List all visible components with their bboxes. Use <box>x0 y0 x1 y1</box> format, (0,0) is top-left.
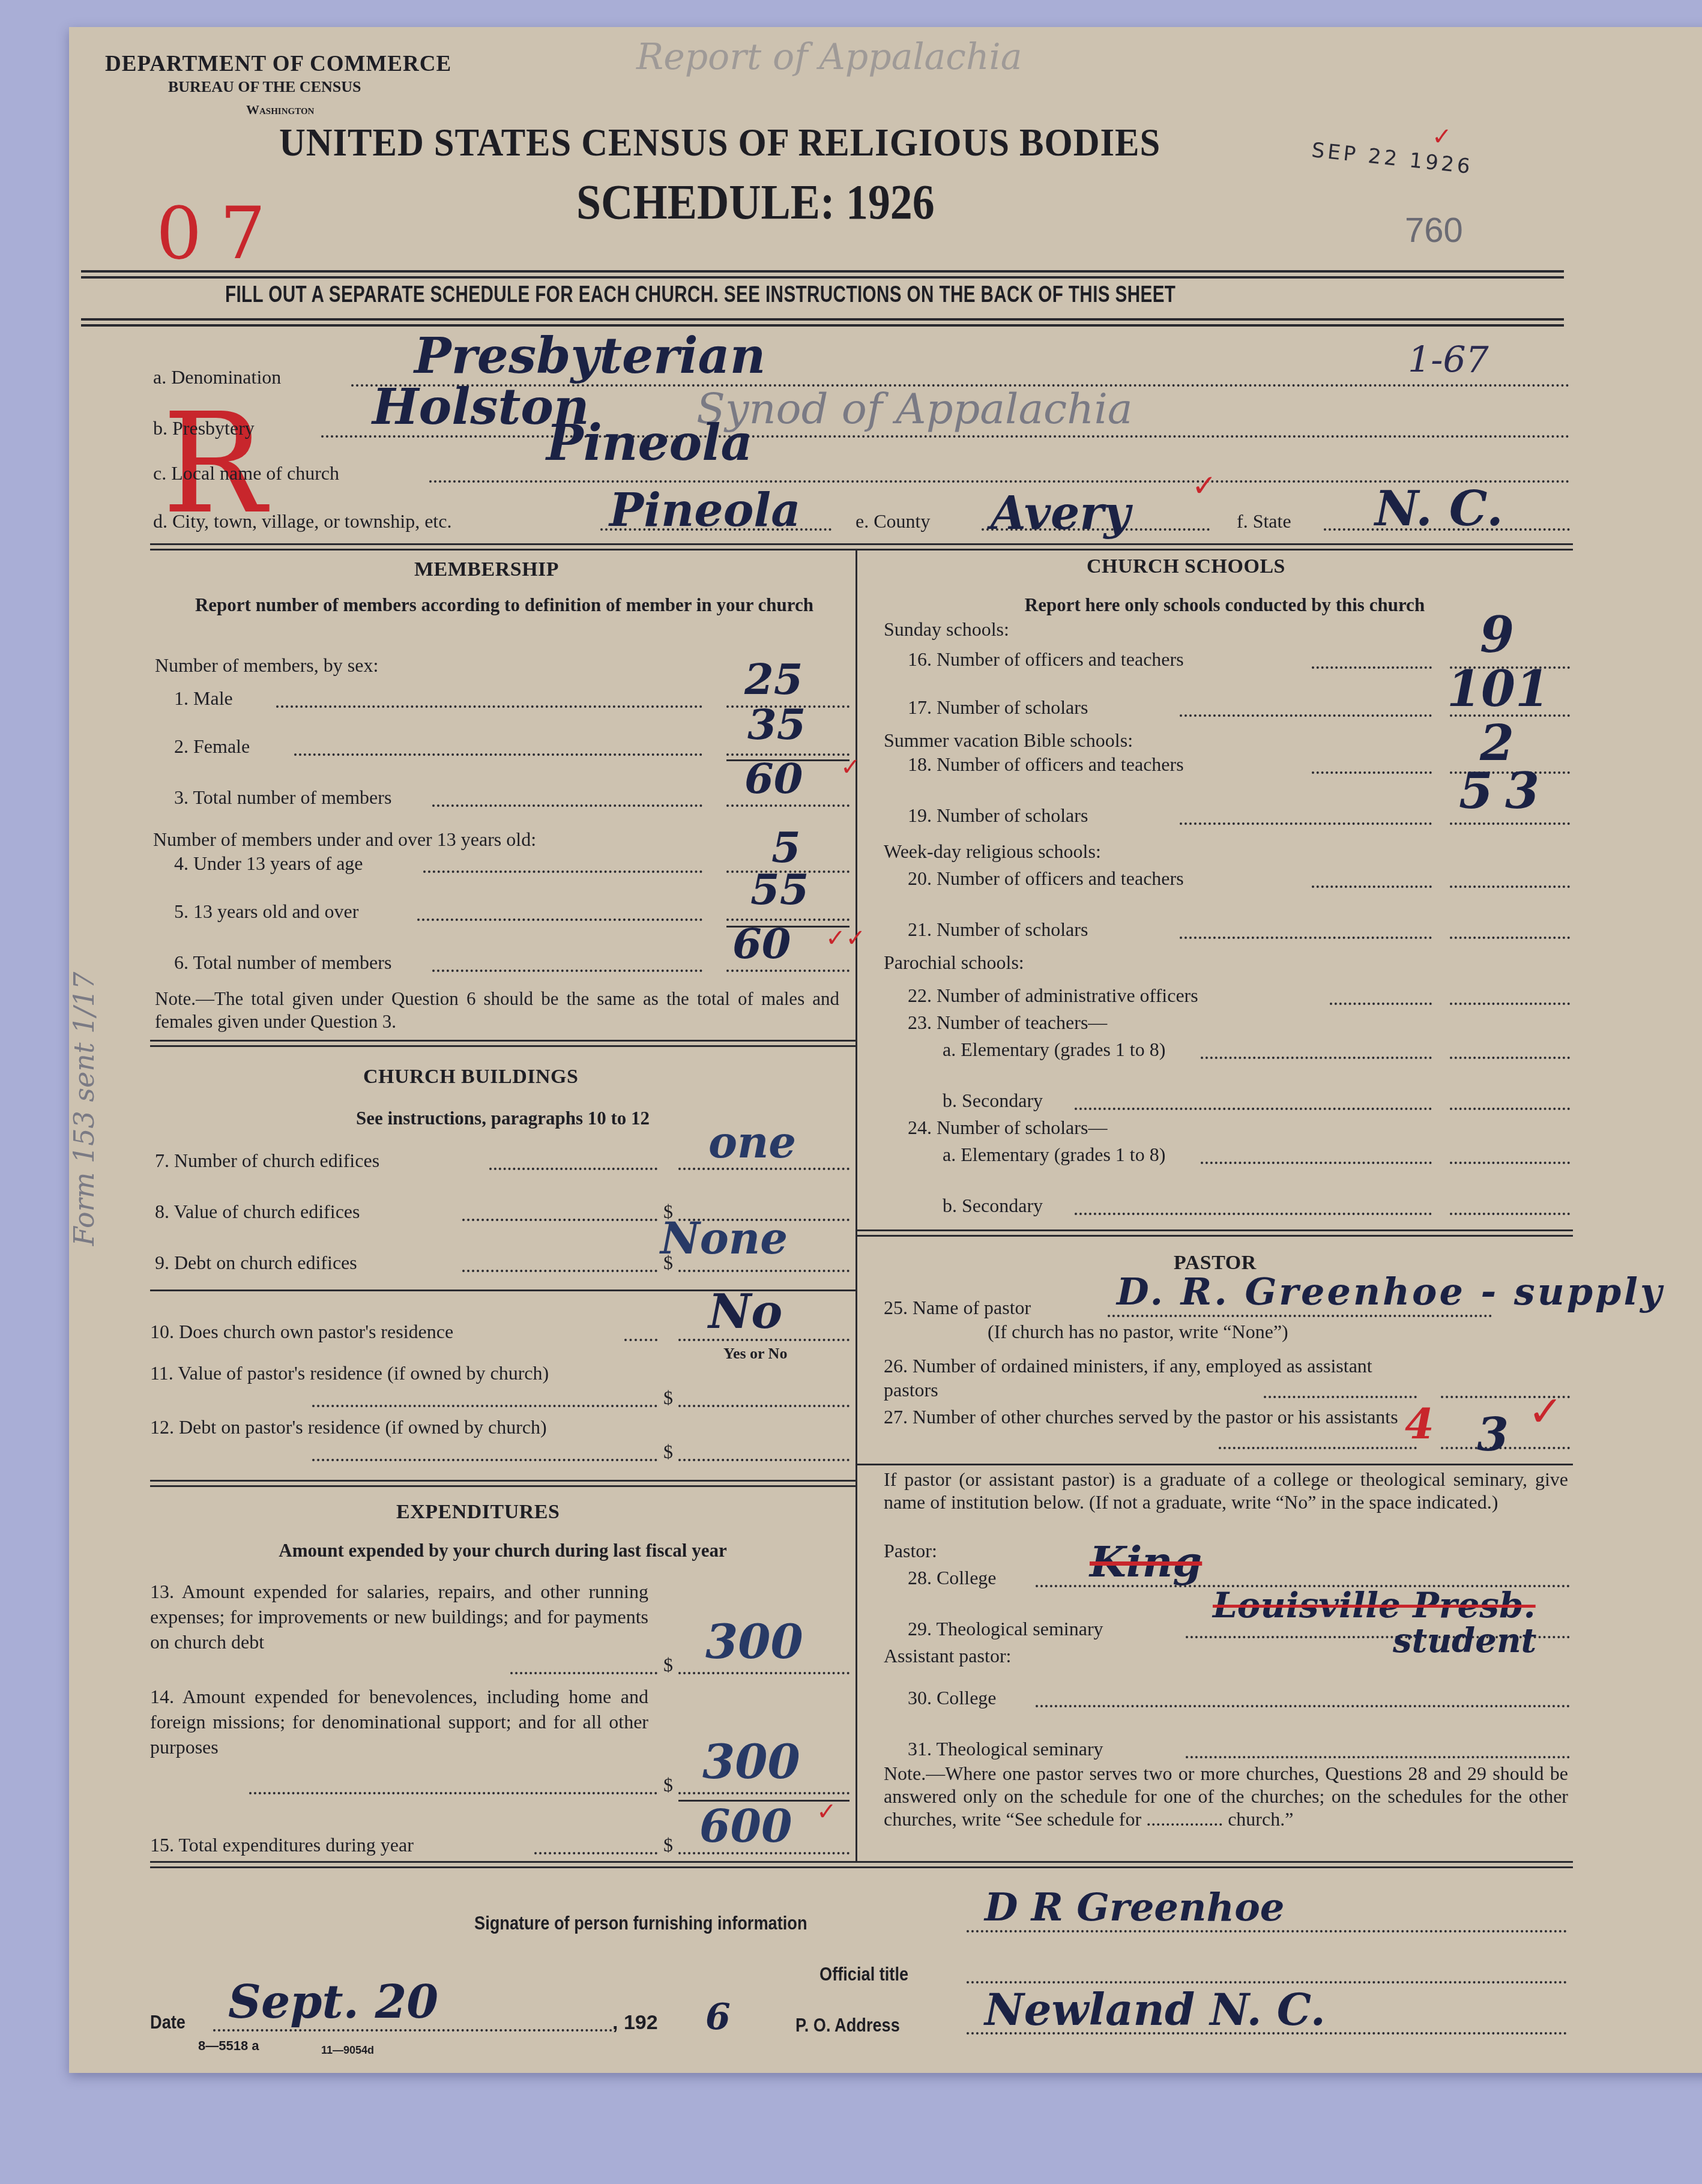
teachers-secondary-label: b. Secondary <box>943 1090 1043 1112</box>
form-title: UNITED STATES CENSUS OF RELIGIOUS BODIES <box>279 120 1160 166</box>
state-value[interactable]: N. C. <box>1375 480 1503 537</box>
under-13-leader <box>423 870 702 873</box>
year-prefix: , 192 <box>612 2011 658 2035</box>
admin-officers-leader <box>1330 1003 1432 1005</box>
pastor-seminary-label: 29. Theological seminary <box>908 1618 1103 1640</box>
scholars-elementary-leader <box>1201 1162 1432 1164</box>
schools-subtitle: Report here only schools conducted by th… <box>883 594 1567 616</box>
bureau-heading: BUREAU OF THE CENSUS <box>168 78 361 96</box>
other-churches-red-value: 4 <box>1405 1399 1434 1449</box>
13-and-over-label: 5. 13 years old and over <box>174 900 358 923</box>
total-members-line <box>726 804 849 807</box>
weekday-officers-leader <box>1312 885 1432 888</box>
county-value[interactable]: Avery <box>991 486 1130 540</box>
male-value[interactable]: 25 <box>744 654 803 704</box>
total-expenditures-value[interactable]: 600 <box>699 1801 792 1853</box>
residence-own-value[interactable]: No <box>708 1285 782 1339</box>
section-divider <box>856 1229 1573 1237</box>
membership-note: Note.—The total given under Question 6 s… <box>155 988 839 1033</box>
total-expenditures-leader <box>534 1852 657 1854</box>
weekday-officers-line <box>1450 885 1570 888</box>
residence-own-leader <box>624 1339 657 1341</box>
sunday-scholars-leader <box>1180 714 1432 717</box>
summer-scholars-leader <box>1180 822 1432 825</box>
print-code: 11—9054d <box>321 2044 374 2057</box>
weekday-scholars-leader <box>1180 937 1432 939</box>
margin-pencil-note: Form 153 sent 1/17 <box>68 953 100 1265</box>
date-value[interactable]: Sept. 20 <box>228 1975 438 2029</box>
red-mark-top: 07 <box>156 192 284 276</box>
section-divider <box>150 543 1573 551</box>
pastor-name-hint: (If church has no pastor, write “None”) <box>988 1321 1288 1343</box>
code-value: 1-67 <box>1408 339 1489 381</box>
expenditures-heading: EXPENDITURES <box>396 1501 560 1524</box>
assistant-college-line <box>1036 1705 1570 1707</box>
total-members-value[interactable]: 60 <box>744 753 803 803</box>
pastor-seminary-value[interactable]: Louisville Presb. <box>1213 1585 1536 1626</box>
schools-heading: CHURCH SCHOOLS <box>1087 555 1285 578</box>
signature-value[interactable]: D R Greenhoe <box>985 1885 1285 1930</box>
male-label: 1. Male <box>174 687 233 710</box>
13-and-over-leader <box>417 919 702 921</box>
benevolences-leader <box>249 1792 657 1794</box>
date-line <box>213 2029 612 2032</box>
edifices-debt-label: 9. Debt on church edifices <box>155 1252 357 1274</box>
by-age-label: Number of members under and over 13 year… <box>153 828 536 851</box>
parochial-schools-heading: Parochial schools: <box>884 952 1024 974</box>
address-label: P. O. Address <box>795 2014 900 2036</box>
teachers-heading: 23. Number of teachers— <box>908 1012 1107 1034</box>
assistant-seminary-label: 31. Theological seminary <box>908 1738 1103 1760</box>
summer-scholars-value[interactable]: 53 <box>1459 762 1551 820</box>
teachers-secondary-leader <box>1075 1108 1432 1110</box>
pastor-name-label: 25. Name of pastor <box>884 1297 1031 1319</box>
running-expenses-value[interactable]: 300 <box>705 1615 803 1670</box>
benevolences-line <box>678 1792 849 1794</box>
summer-scholars-label: 19. Number of scholars <box>908 804 1088 827</box>
male-leader <box>276 705 702 708</box>
admin-officers-label: 22. Number of administrative officers <box>908 985 1198 1007</box>
residence-debt-leader <box>312 1459 657 1461</box>
residence-value-leader <box>312 1405 657 1407</box>
total-members-label: 3. Total number of members <box>174 786 391 809</box>
scholars-secondary-label: b. Secondary <box>943 1195 1043 1217</box>
running-expenses-label: 13. Amount expended for salaries, repair… <box>150 1579 648 1655</box>
total-members-leader <box>432 804 702 807</box>
stamp-number: 760 <box>1405 210 1463 250</box>
scholars-elementary-line <box>1450 1162 1570 1164</box>
summer-schools-heading: Summer vacation Bible schools: <box>884 729 1133 752</box>
edifices-value-label: 8. Value of church edifices <box>155 1201 360 1223</box>
edifices-debt-leader <box>462 1270 657 1272</box>
form-code: 8—5518 a <box>198 2038 259 2054</box>
membership-subtitle: Report number of members according to de… <box>192 594 816 616</box>
county-label: e. County <box>856 510 930 532</box>
church-name-label: c. Local name of church <box>153 462 339 484</box>
residence-value-label: 11. Value of pastor's residence (if owne… <box>150 1360 654 1386</box>
benevolences-value[interactable]: 300 <box>702 1735 800 1790</box>
presbytery-pencil-note: Synod of Appalachia <box>696 384 1133 433</box>
pastor-college-label: 28. College <box>908 1567 997 1589</box>
checkmark-icon: ✓ <box>816 1798 837 1826</box>
yes-no-hint: Yes or No <box>723 1345 787 1363</box>
checkmark-icon: ✓ <box>1192 468 1217 503</box>
official-title-line <box>967 1981 1567 1983</box>
admin-officers-line <box>1450 1003 1570 1005</box>
assistant-college-label: 30. College <box>908 1687 997 1709</box>
membership-heading: MEMBERSHIP <box>414 558 559 581</box>
expenditures-subtitle: Amount expended by your church during la… <box>150 1540 856 1561</box>
residence-debt-label: 12. Debt on pastor's residence (if owned… <box>150 1414 654 1440</box>
assistant-pastors-label: 26. Number of ordained ministers, if any… <box>884 1354 1412 1402</box>
edifices-debt-value[interactable]: None <box>660 1213 788 1264</box>
signature-label: Signature of person furnishing informati… <box>474 1912 807 1934</box>
total-expenditures-label: 15. Total expenditures during year <box>150 1834 414 1856</box>
summer-scholars-line <box>1450 822 1570 825</box>
checkmark-icon: ✓ <box>1432 123 1452 151</box>
summer-officers-leader <box>1312 771 1432 774</box>
checkmark-icon: ✓ <box>1528 1387 1563 1436</box>
header-divider-bottom <box>81 318 1564 327</box>
weekday-scholars-line <box>1450 937 1570 939</box>
state-label: f. State <box>1237 510 1291 532</box>
total-members-6-label: 6. Total number of members <box>174 952 391 974</box>
teachers-elementary-line <box>1450 1057 1570 1059</box>
city-heading: Washington <box>246 102 314 118</box>
edifices-value-leader <box>462 1219 657 1221</box>
assistant-seminary-line <box>1186 1756 1570 1758</box>
total-members-6-value[interactable]: 60 <box>732 919 791 968</box>
weekday-officers-label: 20. Number of officers and teachers <box>908 867 1184 890</box>
city-value[interactable]: Pineola <box>609 483 800 537</box>
graduate-note: If pastor (or assistant pastor) is a gra… <box>884 1468 1568 1513</box>
running-expenses-line <box>678 1672 849 1674</box>
residence-value-line <box>678 1405 849 1407</box>
date-label: Date <box>150 2011 186 2033</box>
teachers-secondary-line <box>1450 1108 1570 1110</box>
dollar-sign: $ <box>663 1774 673 1796</box>
total-members-6-leader <box>432 970 702 972</box>
pastor-seminary-note[interactable]: student <box>1393 1621 1536 1661</box>
scholars-elementary-label: a. Elementary (grades 1 to 8) <box>943 1144 1165 1166</box>
under-13-label: 4. Under 13 years of age <box>174 852 363 875</box>
weekday-scholars-label: 21. Number of scholars <box>908 919 1088 941</box>
female-leader <box>294 753 702 756</box>
sunday-schools-heading: Sunday schools: <box>884 618 1009 641</box>
dollar-sign: $ <box>663 1441 673 1463</box>
other-churches-leader <box>1219 1447 1417 1449</box>
address-value[interactable]: Newland N. C. <box>985 1984 1326 2035</box>
summer-officers-label: 18. Number of officers and teachers <box>908 753 1184 776</box>
assistant-pastor-subheading: Assistant pastor: <box>884 1645 1011 1667</box>
buildings-heading: CHURCH BUILDINGS <box>363 1066 578 1088</box>
female-label: 2. Female <box>174 735 250 758</box>
teachers-elementary-label: a. Elementary (grades 1 to 8) <box>943 1039 1165 1061</box>
other-churches-label: 27. Number of other churches served by t… <box>884 1405 1412 1429</box>
section-divider <box>150 1040 856 1047</box>
sunday-scholars-value[interactable]: 101 <box>1447 660 1550 718</box>
other-churches-value[interactable]: 3 <box>1477 1408 1509 1461</box>
female-value[interactable]: 35 <box>747 699 806 749</box>
row-divider <box>856 1464 1573 1465</box>
pastor-college-value[interactable]: King <box>1090 1537 1202 1587</box>
teachers-elementary-leader <box>1201 1057 1432 1059</box>
city-label: d. City, town, village, or township, etc… <box>153 510 451 532</box>
denomination-label: a. Denomination <box>153 366 281 388</box>
benevolences-label: 14. Amount expended for benevolences, in… <box>150 1684 648 1760</box>
scholars-secondary-line <box>1450 1213 1570 1215</box>
sunday-officers-leader <box>1312 666 1432 669</box>
total-members-6-line <box>726 970 849 972</box>
residence-own-label: 10. Does church own pastor's residence <box>150 1321 453 1343</box>
presbytery-label: b. Presbytery <box>153 417 255 439</box>
running-expenses-leader <box>510 1672 657 1674</box>
weekday-schools-heading: Week-day religious schools: <box>884 840 1101 863</box>
sunday-officers-label: 16. Number of officers and teachers <box>908 648 1184 671</box>
pastor-note: Note.—Where one pastor serves two or mor… <box>884 1762 1568 1830</box>
edifices-count-value[interactable]: one <box>708 1117 796 1168</box>
column-divider <box>856 549 857 1861</box>
official-title-label: Official title <box>819 1963 908 1985</box>
residence-debt-line <box>678 1459 849 1461</box>
dollar-sign: $ <box>663 1387 673 1409</box>
assistant-pastors-leader <box>1264 1396 1417 1398</box>
signature-line <box>967 1930 1567 1932</box>
sunday-scholars-label: 17. Number of scholars <box>908 696 1088 719</box>
pastor-subheading: Pastor: <box>884 1540 937 1562</box>
denomination-value[interactable]: Presbyterian <box>414 327 765 385</box>
department-heading: DEPARTMENT OF COMMERCE <box>105 51 451 77</box>
scholars-secondary-leader <box>1075 1213 1432 1215</box>
schedule-title: SCHEDULE: 1926 <box>576 174 935 231</box>
section-divider <box>150 1480 856 1487</box>
edifices-debt-line <box>678 1270 849 1272</box>
section-divider <box>150 1861 1573 1868</box>
by-sex-label: Number of members, by sex: <box>155 654 378 677</box>
edifices-count-line <box>678 1168 849 1170</box>
dollar-sign: $ <box>663 1834 673 1856</box>
pastor-name-line <box>1108 1315 1492 1317</box>
scholars-heading: 24. Number of scholars— <box>908 1117 1107 1139</box>
edifices-count-leader <box>489 1168 657 1170</box>
sunday-officers-value[interactable]: 9 <box>1480 606 1514 664</box>
pencil-annotation-top: Report of Appalachia <box>636 36 1022 78</box>
header-divider <box>81 270 1564 279</box>
13-and-over-value[interactable]: 55 <box>750 864 809 914</box>
checkmark-icon: ✓ <box>840 753 861 781</box>
edifices-count-label: 7. Number of church edifices <box>155 1150 379 1172</box>
dollar-sign: $ <box>663 1654 673 1676</box>
fill-out-instruction: FILL OUT A SEPARATE SCHEDULE FOR EACH CH… <box>225 282 1175 308</box>
year-value[interactable]: 6 <box>705 1996 731 2038</box>
checkmark-icon: ✓✓ <box>825 925 866 952</box>
church-name-value[interactable]: Pineola <box>546 414 753 472</box>
pastor-name-value[interactable]: D. R. Greenhoe - supply <box>1117 1270 1664 1314</box>
